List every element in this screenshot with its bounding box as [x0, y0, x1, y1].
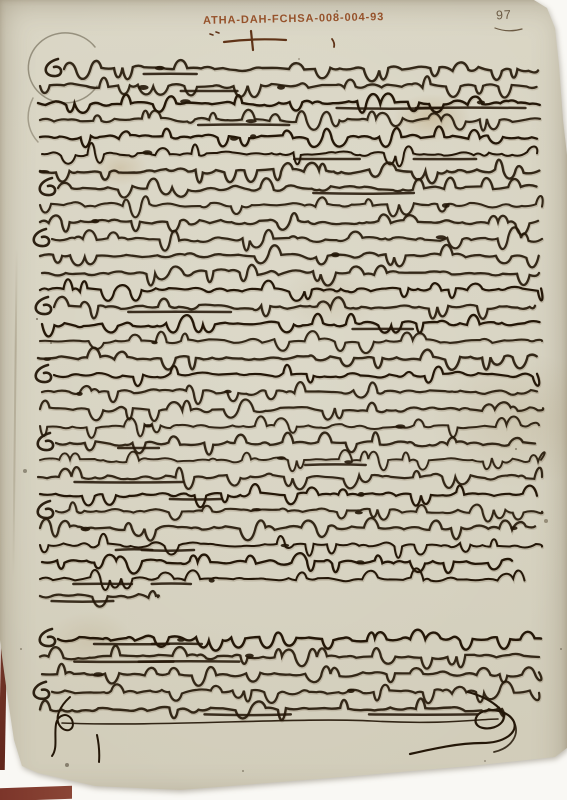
stray-ink-stroke — [97, 735, 99, 762]
paragraph-end-flourish — [52, 697, 73, 756]
cross-mark-icon — [210, 31, 334, 50]
ink-overlay — [0, 0, 567, 800]
scanned-page: ATHA-DAH-FCHSA-008-004-93 97 — [0, 0, 567, 800]
folio-underline — [495, 28, 522, 31]
manuscript-text-lines — [34, 59, 545, 721]
